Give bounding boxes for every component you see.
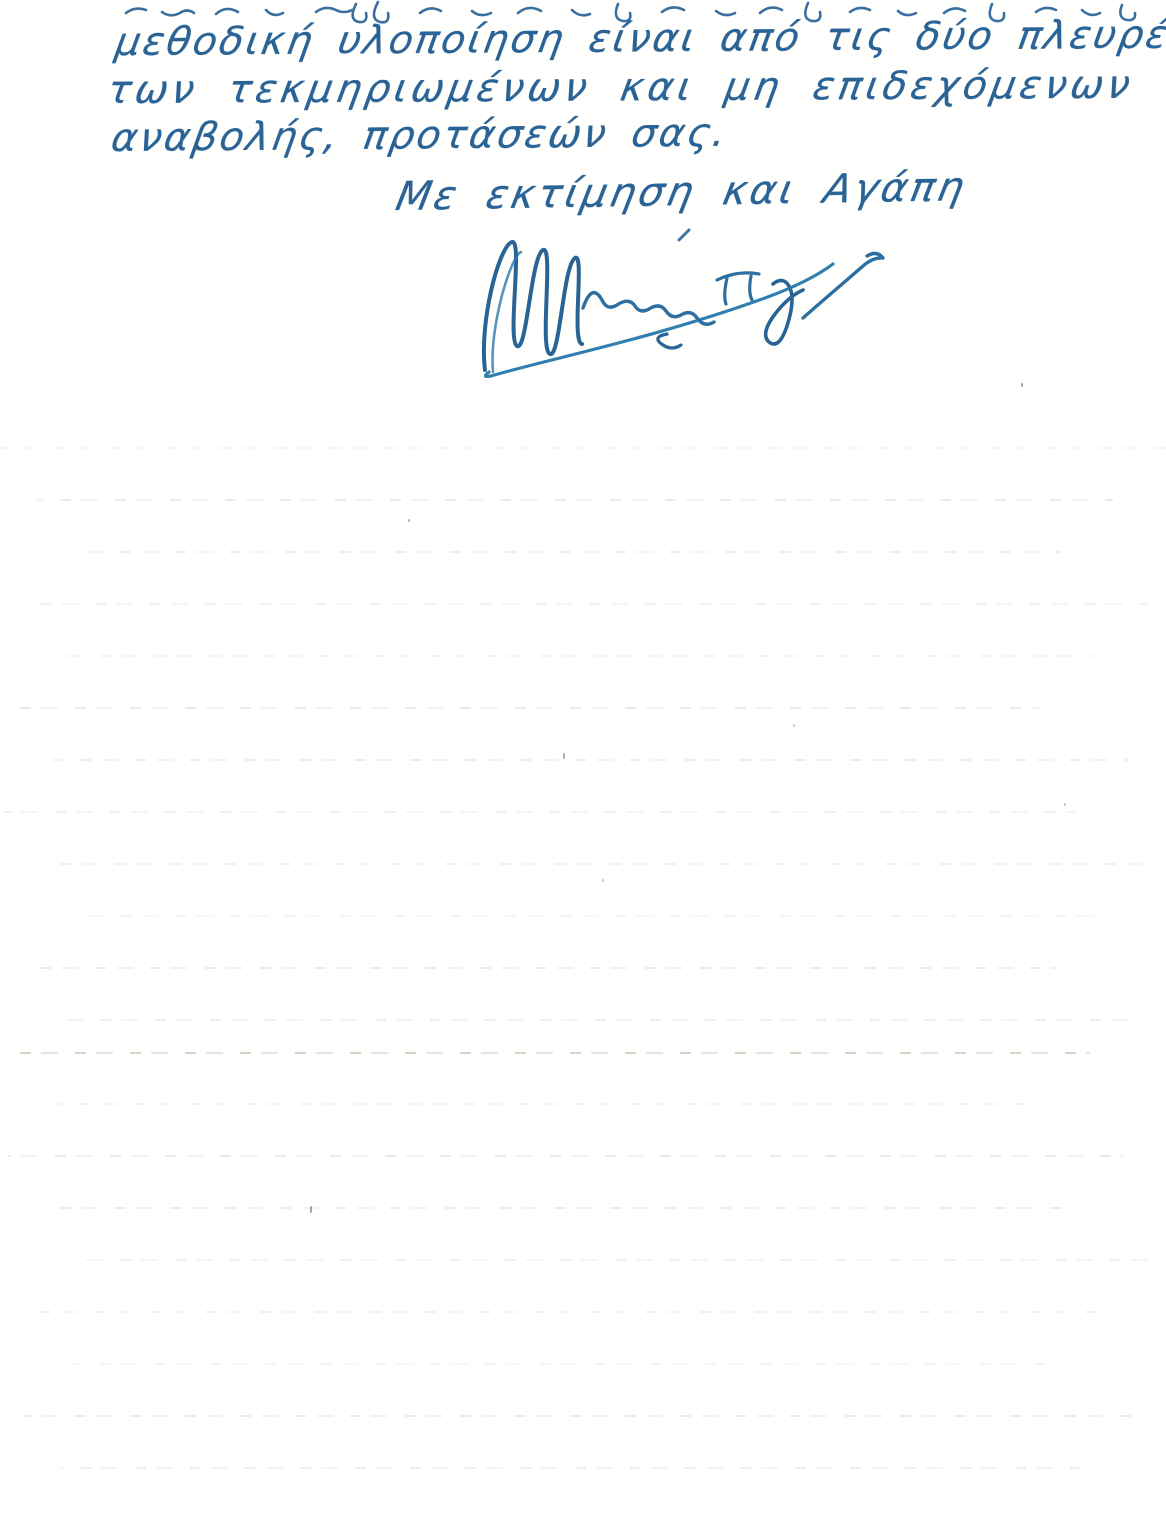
scan-artifact-line xyxy=(74,551,1060,553)
scan-artifact-line xyxy=(8,1155,1124,1157)
scan-artifact-speck xyxy=(310,1206,312,1213)
scan-artifact-line xyxy=(82,1259,1158,1261)
scan-artifact-line xyxy=(41,863,1162,865)
scan-artifact-line xyxy=(19,1052,1090,1054)
handwritten-line-2: των τεκμηριωμένων και μη επιδεχόμενων xyxy=(104,63,1137,113)
scan-artifact-line xyxy=(30,967,1056,969)
scan-artifact-speck xyxy=(793,724,795,727)
scan-artifact-line xyxy=(15,707,1041,709)
scan-artifact-speck xyxy=(563,753,565,759)
scan-artifact-speck xyxy=(602,879,604,882)
signature xyxy=(455,222,895,402)
closing-salutation: Με εκτίμηση και Αγάπη xyxy=(392,164,971,220)
scan-artifact-line xyxy=(26,603,1147,605)
scan-artifact-line xyxy=(4,811,1075,813)
scan-artifact-line xyxy=(56,1103,1037,1105)
scan-artifact-line xyxy=(23,1415,1139,1417)
scan-artifact-line xyxy=(71,1363,1052,1365)
scan-artifact-line xyxy=(63,655,1094,657)
scan-artifact-line xyxy=(0,447,1166,449)
scan-artifact-line xyxy=(60,1467,1086,1469)
signature-strokes xyxy=(455,222,895,402)
scan-artifact-speck xyxy=(1021,383,1023,387)
scan-artifact-line xyxy=(67,1019,1143,1021)
scan-artifact-line xyxy=(78,915,1109,917)
scan-artifact-line xyxy=(45,1207,1071,1209)
scan-artifact-speck xyxy=(408,519,410,522)
scan-artifact-line xyxy=(34,1311,1105,1313)
scan-artifact-line xyxy=(37,499,1113,501)
handwritten-line-3: αναβολής, προτάσεών σας. xyxy=(108,111,732,161)
scan-artifact-speck xyxy=(1064,803,1066,806)
scan-artifact-line xyxy=(52,759,1128,761)
letter-page: μεθοδική υλοποίηση είναι από τις δύο πλε… xyxy=(0,0,1166,1514)
handwritten-line-1: μεθοδική υλοποίηση είναι από τις δύο πλε… xyxy=(112,12,1166,65)
